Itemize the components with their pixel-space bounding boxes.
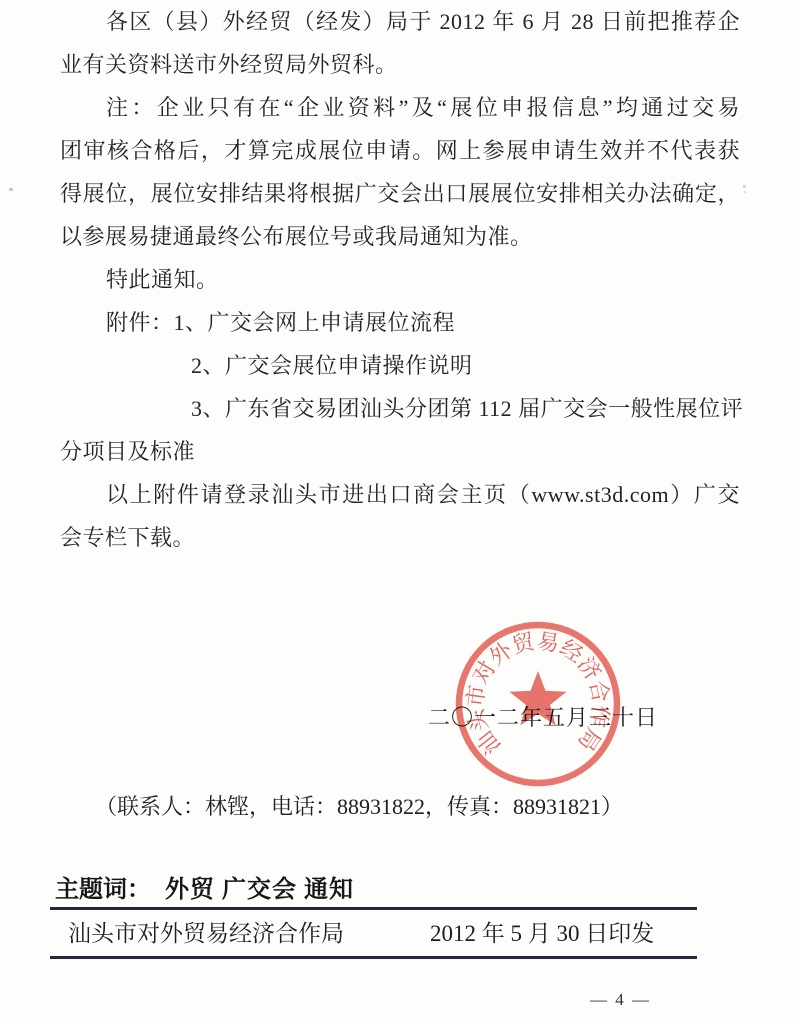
document-body: 各区（县）外经贸（经发）局于 2012 年 6 月 28 日前把推荐企 业有关资… xyxy=(60,0,740,559)
scan-speck xyxy=(744,191,746,193)
document-page: 各区（县）外经贸（经发）局于 2012 年 6 月 28 日前把推荐企 业有关资… xyxy=(0,0,800,1024)
body-line: 业有关资料送市外经贸局外贸科。 xyxy=(60,43,740,86)
body-line: 注：企业只有在“企业资料”及“展位申报信息”均通过交易 xyxy=(60,86,740,129)
body-line: 各区（县）外经贸（经发）局于 2012 年 6 月 28 日前把推荐企 xyxy=(60,0,740,43)
body-line: 团审核合格后，才算完成展位申请。网上参展申请生效并不代表获 xyxy=(60,129,740,172)
colophon-rule-bottom xyxy=(50,956,697,959)
colophon-rule-top xyxy=(50,907,697,910)
body-line: 特此通知。 xyxy=(60,258,740,301)
subject-label: 主题词： xyxy=(55,877,151,903)
scan-speck xyxy=(9,188,13,191)
body-line: 分项目及标准 xyxy=(60,430,740,473)
scan-speck xyxy=(743,185,746,188)
colophon-issuer: 汕头市对外贸易经济合作局 xyxy=(68,918,344,950)
official-seal-stamp: 汕头市对外贸易经济合作局 xyxy=(443,609,633,799)
body-line: 以上附件请登录汕头市进出口商会主页（www.st3d.com）广交 xyxy=(60,473,740,516)
subject-keywords: 外贸 广交会 通知 xyxy=(165,877,354,903)
body-line: 会专栏下载。 xyxy=(60,516,740,559)
body-line: 以参展易捷通最终公布展位号或我局通知为准。 xyxy=(60,215,740,258)
colophon-print-date: 2012 年 5 月 30 日印发 xyxy=(430,918,654,950)
attachment-item: 2、广交会展位申请操作说明 xyxy=(60,344,740,387)
attachment-item: 附件：1、广交会网上申请展位流程 xyxy=(60,301,740,344)
page-number: — 4 — xyxy=(590,989,651,1011)
body-line: 得展位，展位安排结果将根据广交会出口展展位安排相关办法确定， xyxy=(60,172,740,215)
subject-row: 主题词：外贸 广交会 通知 xyxy=(55,874,354,906)
star-icon xyxy=(510,671,567,725)
attachment-item: 3、广东省交易团汕头分团第 112 届广交会一般性展位评 xyxy=(60,387,740,430)
